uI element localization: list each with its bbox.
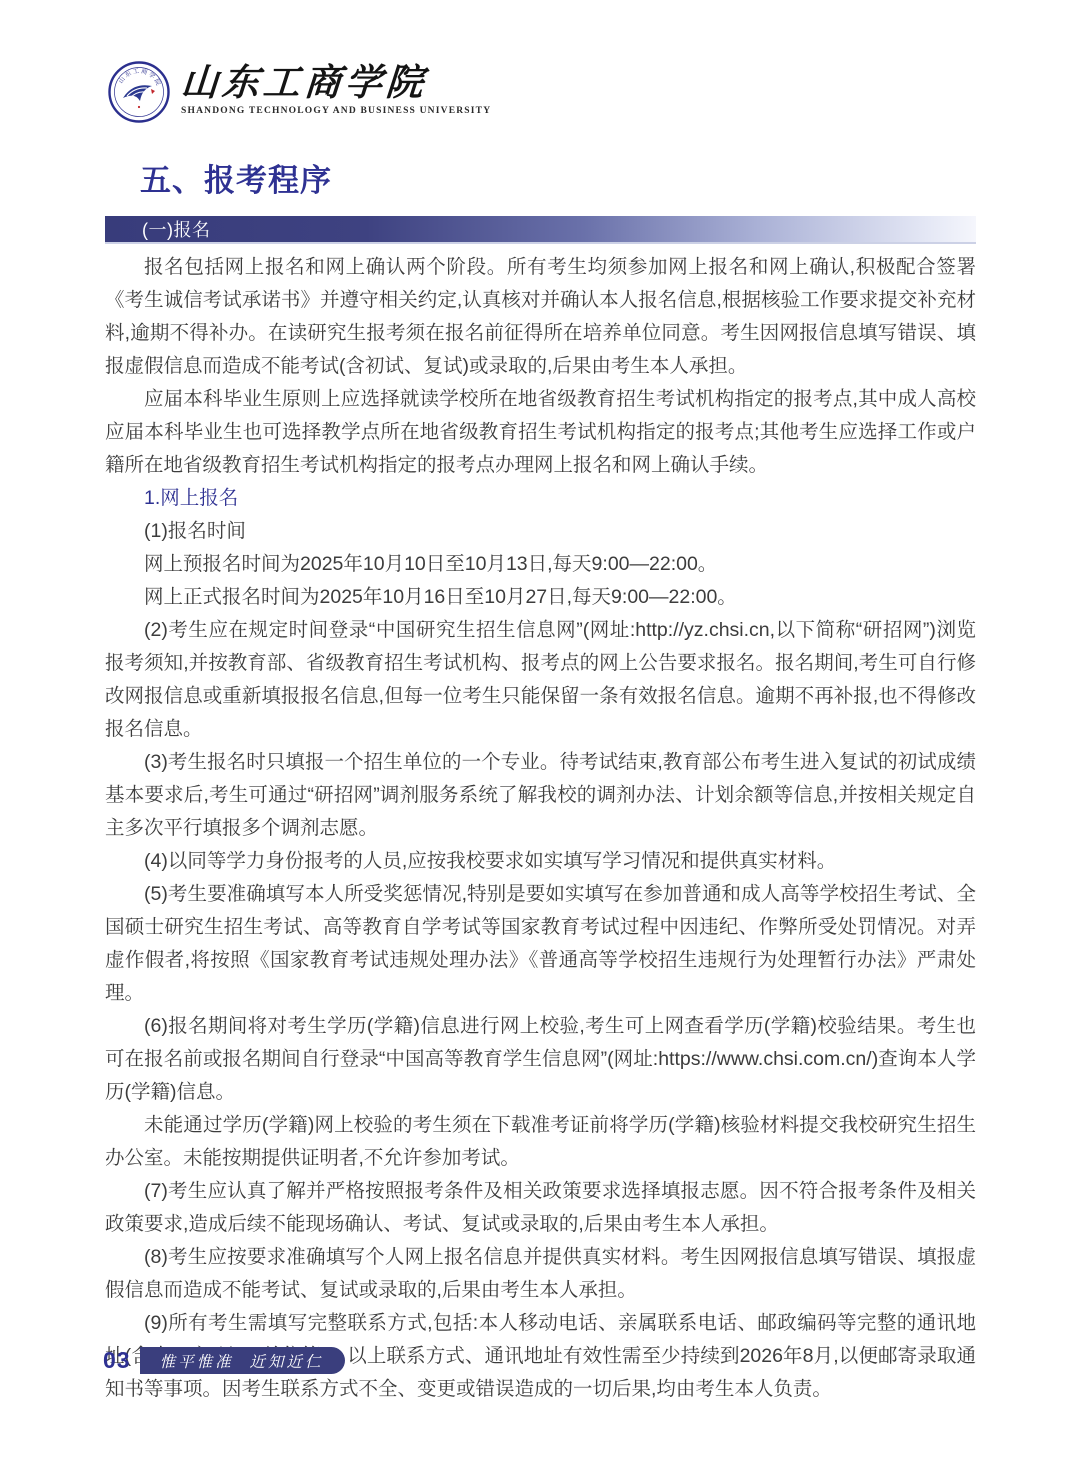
motto-text: 惟平惟准 近知近仁 <box>160 1350 324 1372</box>
paragraph-item-7-eligibility: (7)考生应认真了解并严格按照报考条件及相关政策要求选择填报志愿。因不符合报考条… <box>105 1175 976 1241</box>
paragraph-item-6-credential-verification: (6)报名期间将对考生学历(学籍)信息进行网上校验,考生可上网查看学历(学籍)校… <box>105 1010 976 1109</box>
subsection-label: (一)报名 <box>105 216 211 242</box>
university-header: 山东工商学院 山东工商学院 SHANDONG TECHNOLOGY AND BU… <box>107 60 491 124</box>
page-title: 五、报考程序 <box>140 155 332 200</box>
document-page: 山东工商学院 山东工商学院 SHANDONG TECHNOLOGY AND BU… <box>0 0 1080 1466</box>
page-footer: 03 惟平惟准 近知近仁 <box>103 1347 345 1374</box>
university-name-block: 山东工商学院 SHANDONG TECHNOLOGY AND BUSINESS … <box>181 60 491 116</box>
document-body: 报名包括网上报名和网上确认两个阶段。所有考生均须参加网上报名和网上确认,积极配合… <box>105 251 976 1406</box>
paragraph-registration-time-label: (1)报名时间 <box>105 515 976 548</box>
paragraph-item-3-single-major: (3)考生报名时只填报一个招生单位的一个专业。待考试结束,教育部公布考生进入复试… <box>105 746 976 845</box>
paragraph-verification-failure: 未能通过学历(学籍)网上校验的考生须在下载准考证前将学历(学籍)核验材料提交我校… <box>105 1109 976 1175</box>
university-logo-icon: 山东工商学院 <box>107 60 171 124</box>
university-name-chinese: 山东工商学院 <box>180 62 493 102</box>
subsection-header-bar: (一)报名 <box>105 216 976 244</box>
paragraph-item-4-equivalent-qualification: (4)以同等学力身份报考的人员,应按我校要求如实填写学习情况和提供真实材料。 <box>105 845 976 878</box>
subheading-online-registration: 1.网上报名 <box>105 482 976 515</box>
paragraph-official-registration-dates: 网上正式报名时间为2025年10月16日至10月27日,每天9:00—22:00… <box>105 581 976 614</box>
page-number: 03 <box>103 1347 131 1374</box>
paragraph-exam-site-selection: 应届本科毕业生原则上应选择就读学校所在地省级教育招生考试机构指定的报考点,其中成… <box>105 383 976 482</box>
university-name-english: SHANDONG TECHNOLOGY AND BUSINESS UNIVERS… <box>181 106 491 116</box>
motto-pill: 惟平惟准 近知近仁 <box>140 1347 346 1374</box>
paragraph-registration-overview: 报名包括网上报名和网上确认两个阶段。所有考生均须参加网上报名和网上确认,积极配合… <box>105 251 976 383</box>
paragraph-item-8-accurate-info: (8)考生应按要求准确填写个人网上报名信息并提供真实材料。考生因网报信息填写错误… <box>105 1241 976 1307</box>
paragraph-item-5-rewards-punishments: (5)考生要准确填写本人所受奖惩情况,特别是要如实填写在参加普通和成人高等学校招… <box>105 878 976 1010</box>
paragraph-pre-registration-dates: 网上预报名时间为2025年10月10日至10月13日,每天9:00—22:00。 <box>105 548 976 581</box>
paragraph-item-2-login-website: (2)考生应在规定时间登录“中国研究生招生信息网”(网址:http://yz.c… <box>105 614 976 746</box>
